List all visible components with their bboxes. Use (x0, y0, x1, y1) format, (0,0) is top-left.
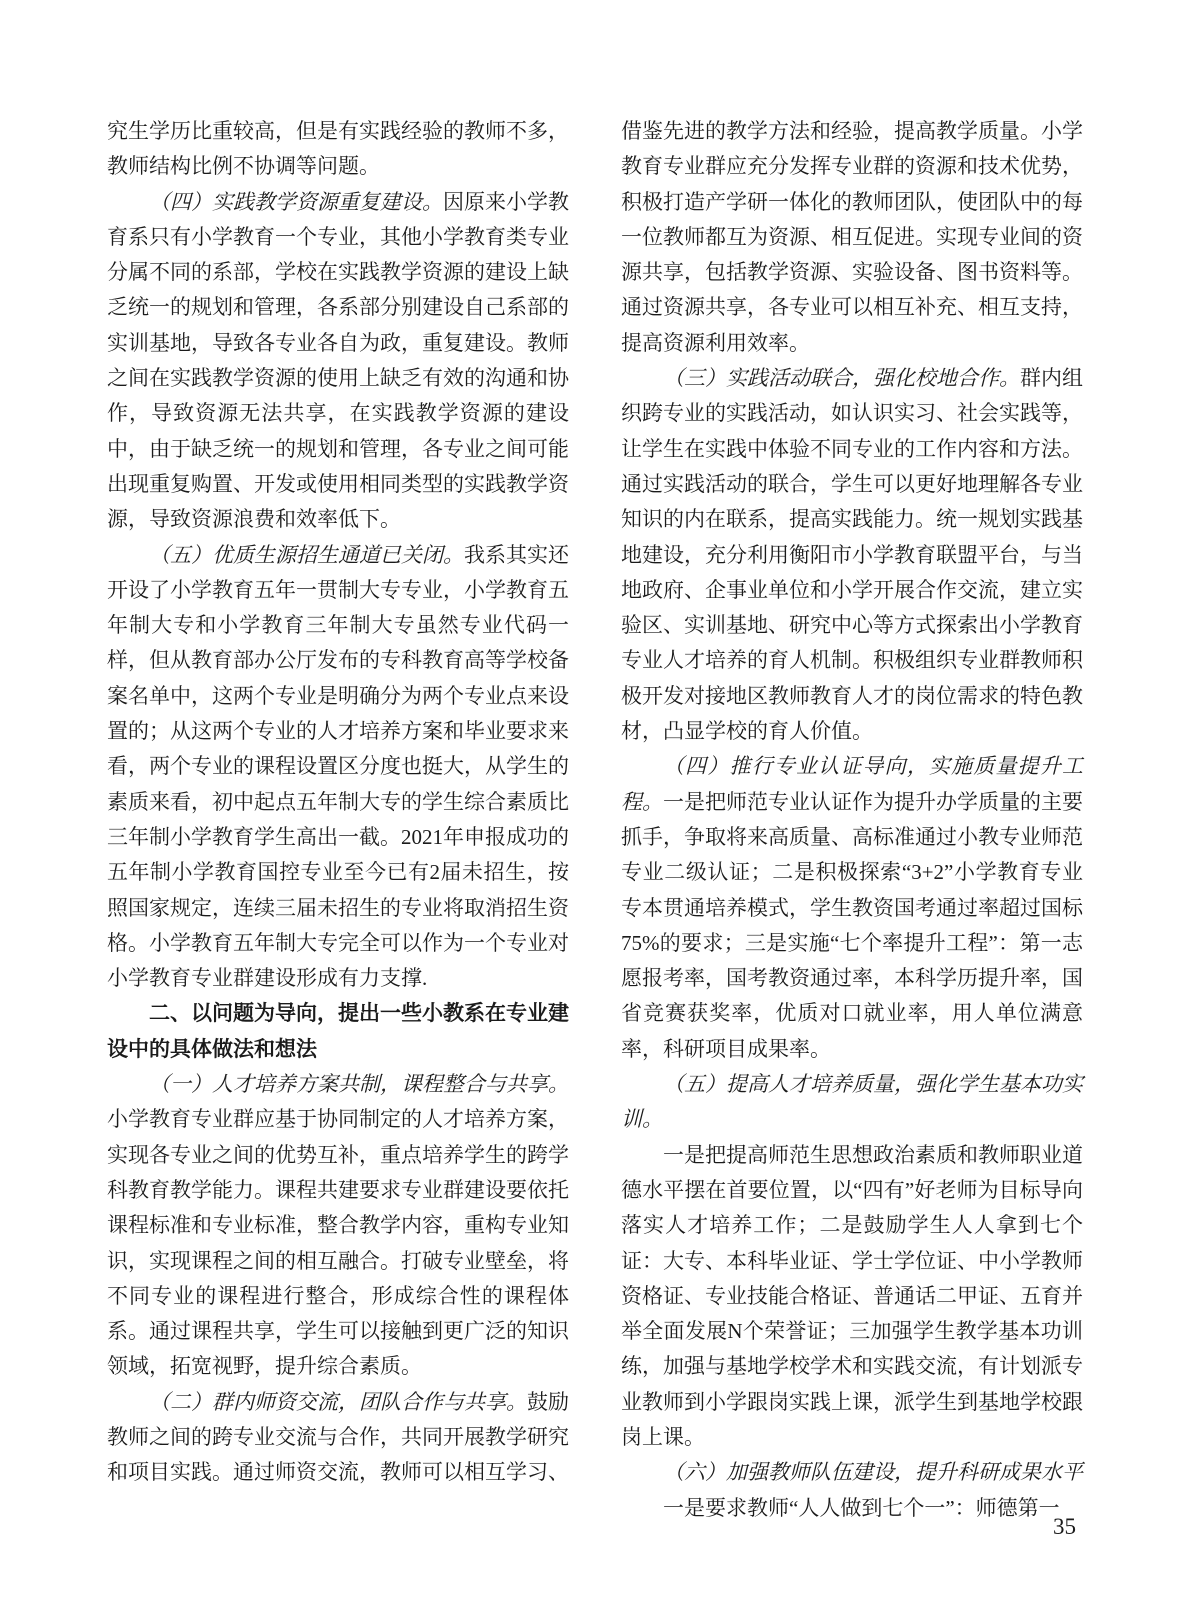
paragraph-body: 一是要求教师“人人做到七个一”：师德第一 (663, 1496, 1060, 1520)
paragraph: （三）实践活动联合，强化校地合作。群内组织跨专业的实践活动，如认识实习、社会实践… (621, 361, 1083, 749)
paragraph: （一）人才培养方案共制，课程整合与共享。小学教育专业群应基于协同制定的人才培养方… (107, 1067, 569, 1385)
paragraph-body: 群内组织跨专业的实践活动，如认识实习、社会实践等，让学生在实践中体验不同专业的工… (621, 366, 1083, 743)
paragraph-lead: （五）优质生源招生通道已关闭。 (149, 543, 464, 567)
paragraph-body: 究生学历比重较高，但是有实践经验的教师不多，教师结构比例不协调等问题。 (107, 119, 569, 178)
paragraph-body: 因原来小学教育系只有小学教育一个专业，其他小学教育类专业分属不同的系部，学校在实… (107, 190, 569, 532)
left-column: 究生学历比重较高，但是有实践经验的教师不多，教师结构比例不协调等问题。 （四）实… (107, 114, 569, 1491)
paragraph: （四）实践教学资源重复建设。因原来小学教育系只有小学教育一个专业，其他小学教育类… (107, 185, 569, 538)
paragraph: 究生学历比重较高，但是有实践经验的教师不多，教师结构比例不协调等问题。 (107, 114, 569, 185)
section-heading-2: 二、以问题为导向，提出一些小教系在专业建设中的具体做法和想法 (107, 996, 569, 1067)
paragraph: 一是把提高师范生思想政治素质和教师职业道德水平摆在首要位置，以“四有”好老师为目… (621, 1138, 1083, 1456)
paragraph-body: 一是把提高师范生思想政治素质和教师职业道德水平摆在首要位置，以“四有”好老师为目… (621, 1143, 1083, 1449)
paragraph-lead: （一）人才培养方案共制，课程整合与共享。 (149, 1072, 569, 1096)
paragraph-lead: （六）加强教师队伍建设，提升科研成果水平 (663, 1460, 1083, 1484)
paragraph-lead: （三）实践活动联合，强化校地合作。 (663, 366, 1020, 390)
paragraph: （五）优质生源招生通道已关闭。我系其实还开设了小学教育五年一贯制大专专业，小学教… (107, 538, 569, 997)
document-page: 究生学历比重较高，但是有实践经验的教师不多，教师结构比例不协调等问题。 （四）实… (0, 0, 1191, 1616)
paragraph-lead: （二）群内师资交流，团队合作与共享。 (149, 1390, 527, 1414)
paragraph-lead: （四）实践教学资源重复建设。 (149, 190, 443, 214)
paragraph: 借鉴先进的教学方法和经验，提高教学质量。小学教育专业群应充分发挥专业群的资源和技… (621, 114, 1083, 361)
paragraph: （六）加强教师队伍建设，提升科研成果水平 (621, 1455, 1083, 1490)
page-number: 35 (1053, 1514, 1076, 1540)
paragraph: （二）群内师资交流，团队合作与共享。鼓励教师之间的跨专业交流与合作，共同开展教学… (107, 1385, 569, 1491)
paragraph-body: 借鉴先进的教学方法和经验，提高教学质量。小学教育专业群应充分发挥专业群的资源和技… (621, 119, 1083, 355)
paragraph-body: 我系其实还开设了小学教育五年一贯制大专专业，小学教育五年制大专和小学教育三年制大… (107, 543, 569, 991)
paragraph: （五）提高人才培养质量，强化学生基本功实训。 (621, 1067, 1083, 1138)
paragraph: 一是要求教师“人人做到七个一”：师德第一 (621, 1491, 1083, 1526)
paragraph-body: 一是把师范专业认证作为提升办学质量的主要抓手，争取将来高质量、高标准通过小教专业… (621, 790, 1083, 1061)
paragraph-body: 小学教育专业群应基于协同制定的人才培养方案，实现各专业之间的优势互补，重点培养学… (107, 1107, 569, 1378)
paragraph-lead: （五）提高人才培养质量，强化学生基本功实训。 (621, 1072, 1083, 1131)
paragraph: （四）推行专业认证导向，实施质量提升工程。一是把师范专业认证作为提升办学质量的主… (621, 749, 1083, 1067)
right-column: 借鉴先进的教学方法和经验，提高教学质量。小学教育专业群应充分发挥专业群的资源和技… (621, 114, 1083, 1526)
